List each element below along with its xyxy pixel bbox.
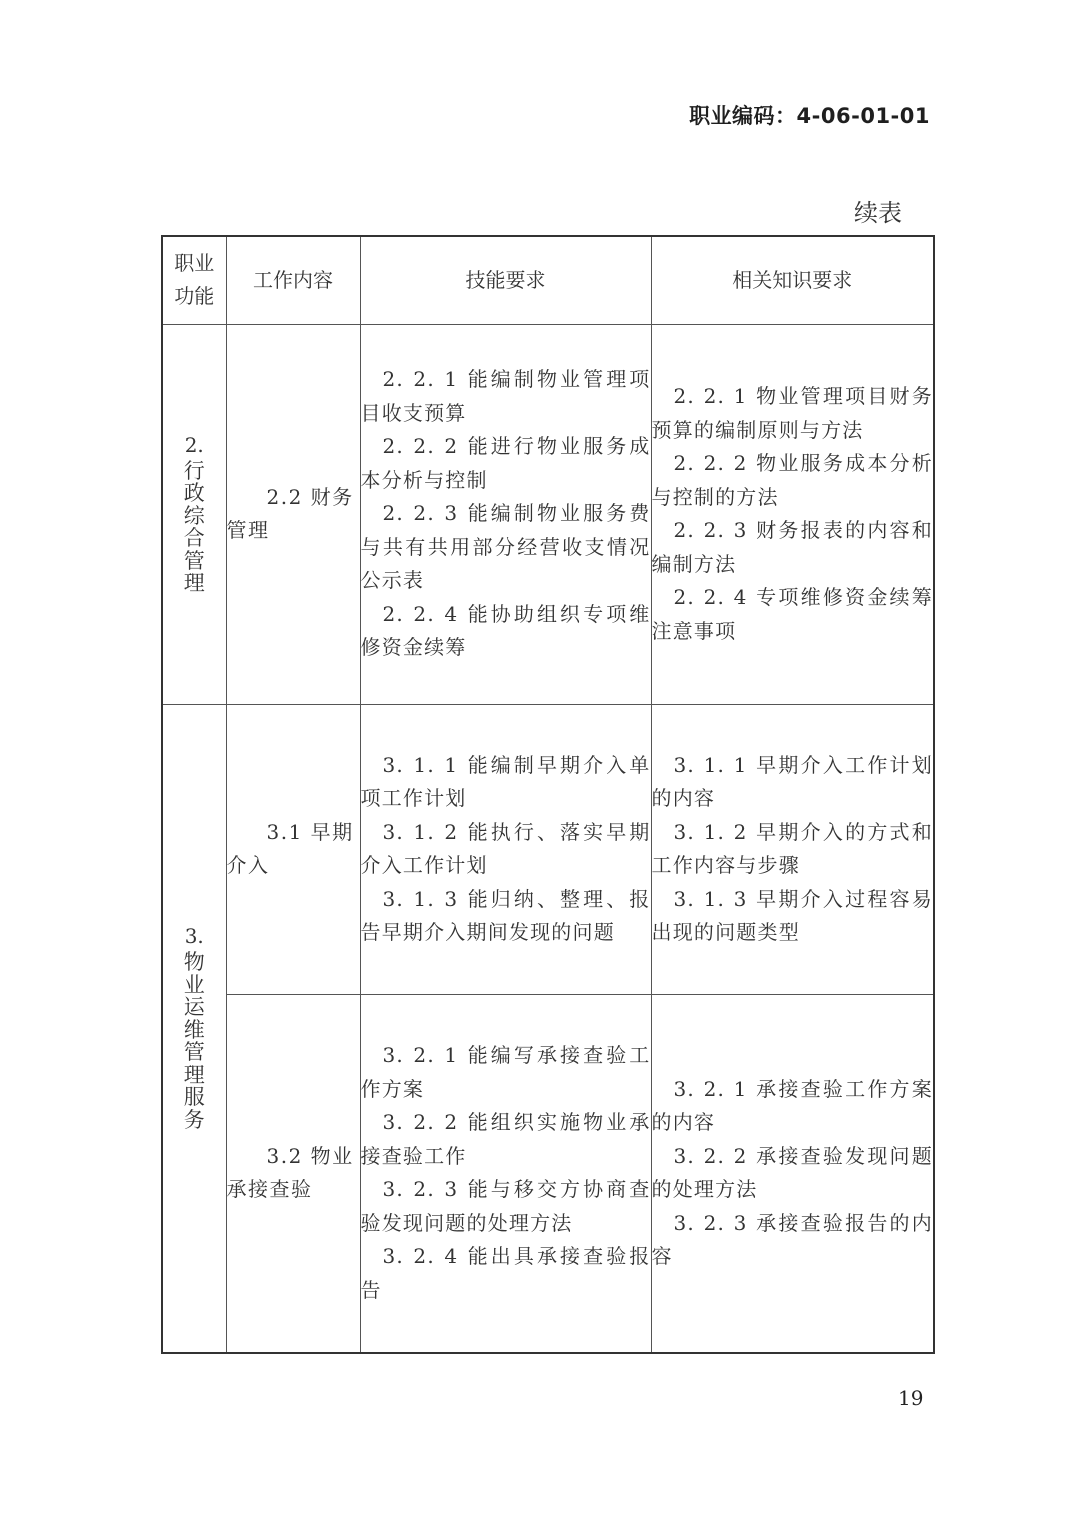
skill-item: 3. 1. 2 能执行、落实早期介入工作计划 xyxy=(361,816,651,883)
header-skill-requirements: 技能要求 xyxy=(360,236,651,324)
table-row: 2. 行政综合管理 2.2 财务管理 2. 2. 1 能编制物业管理项目收支预算… xyxy=(162,324,934,704)
occupation-function-cell: 3. 物业运维管理服务 xyxy=(162,704,226,1353)
knowledge-requirements-cell: 3. 2. 1 承接查验工作方案的内容 3. 2. 2 承接查验发现问题的处理方… xyxy=(651,994,934,1353)
knowledge-item: 2. 2. 3 财务报表的内容和编制方法 xyxy=(652,514,934,581)
header-work-content: 工作内容 xyxy=(226,236,360,324)
skill-requirements-cell: 2. 2. 1 能编制物业管理项目收支预算 2. 2. 2 能进行物业服务成本分… xyxy=(360,324,651,704)
skill-item: 2. 2. 1 能编制物业管理项目收支预算 xyxy=(361,363,651,430)
knowledge-item: 3. 1. 1 早期介入工作计划的内容 xyxy=(652,749,934,816)
skill-item: 3. 2. 3 能与移交方协商查验发现问题的处理方法 xyxy=(361,1173,651,1240)
continued-table-label: 续表 xyxy=(854,193,902,228)
skill-item: 3. 2. 1 能编写承接查验工作方案 xyxy=(361,1039,651,1106)
occupation-function-cell: 2. 行政综合管理 xyxy=(162,324,226,704)
skill-item: 2. 2. 2 能进行物业服务成本分析与控制 xyxy=(361,430,651,497)
header-occupation-function: 职业 功能 xyxy=(162,236,226,324)
header-knowledge-requirements: 相关知识要求 xyxy=(651,236,934,324)
page-number: 19 xyxy=(898,1386,923,1410)
knowledge-requirements-cell: 3. 1. 1 早期介入工作计划的内容 3. 1. 2 早期介入的方式和工作内容… xyxy=(651,704,934,994)
knowledge-item: 2. 2. 4 专项维修资金续筹注意事项 xyxy=(652,581,934,648)
skill-item: 2. 2. 4 能协助组织专项维修资金续筹 xyxy=(361,598,651,665)
table-row: 3. 物业运维管理服务 3.1 早期介入 3. 1. 1 能编制早期介入单项工作… xyxy=(162,704,934,994)
knowledge-item: 2. 2. 1 物业管理项目财务预算的编制原则与方法 xyxy=(652,380,934,447)
table-row: 3.2 物业承接查验 3. 2. 1 能编写承接查验工作方案 3. 2. 2 能… xyxy=(162,994,934,1353)
knowledge-item: 3. 2. 3 承接查验报告的内容 xyxy=(652,1207,934,1274)
knowledge-item: 2. 2. 2 物业服务成本分析与控制的方法 xyxy=(652,447,934,514)
knowledge-requirements-cell: 2. 2. 1 物业管理项目财务预算的编制原则与方法 2. 2. 2 物业服务成… xyxy=(651,324,934,704)
knowledge-item: 3. 2. 1 承接查验工作方案的内容 xyxy=(652,1073,934,1140)
skill-item: 3. 1. 1 能编制早期介入单项工作计划 xyxy=(361,749,651,816)
skills-standard-table: 职业 功能 工作内容 技能要求 相关知识要求 2. 行政综合管理 2.2 财务管… xyxy=(161,235,935,1354)
work-content-cell: 2.2 财务管理 xyxy=(226,324,360,704)
work-content-cell: 3.1 早期介入 xyxy=(226,704,360,994)
skill-requirements-cell: 3. 2. 1 能编写承接查验工作方案 3. 2. 2 能组织实施物业承接查验工… xyxy=(360,994,651,1353)
skill-item: 3. 1. 3 能归纳、整理、报告早期介入期间发现的问题 xyxy=(361,883,651,950)
skill-item: 3. 2. 4 能出具承接查验报告 xyxy=(361,1240,651,1307)
knowledge-item: 3. 2. 2 承接查验发现问题的处理方法 xyxy=(652,1140,934,1207)
knowledge-item: 3. 1. 3 早期介入过程容易出现的问题类型 xyxy=(652,883,934,950)
knowledge-item: 3. 1. 2 早期介入的方式和工作内容与步骤 xyxy=(652,816,934,883)
skill-item: 2. 2. 3 能编制物业服务费与共有共用部分经营收支情况公示表 xyxy=(361,497,651,598)
table-header-row: 职业 功能 工作内容 技能要求 相关知识要求 xyxy=(162,236,934,324)
occupation-code: 职业编码：4-06-01-01 xyxy=(689,100,930,130)
skill-requirements-cell: 3. 1. 1 能编制早期介入单项工作计划 3. 1. 2 能执行、落实早期介入… xyxy=(360,704,651,994)
skill-item: 3. 2. 2 能组织实施物业承接查验工作 xyxy=(361,1106,651,1173)
work-content-cell: 3.2 物业承接查验 xyxy=(226,994,360,1353)
